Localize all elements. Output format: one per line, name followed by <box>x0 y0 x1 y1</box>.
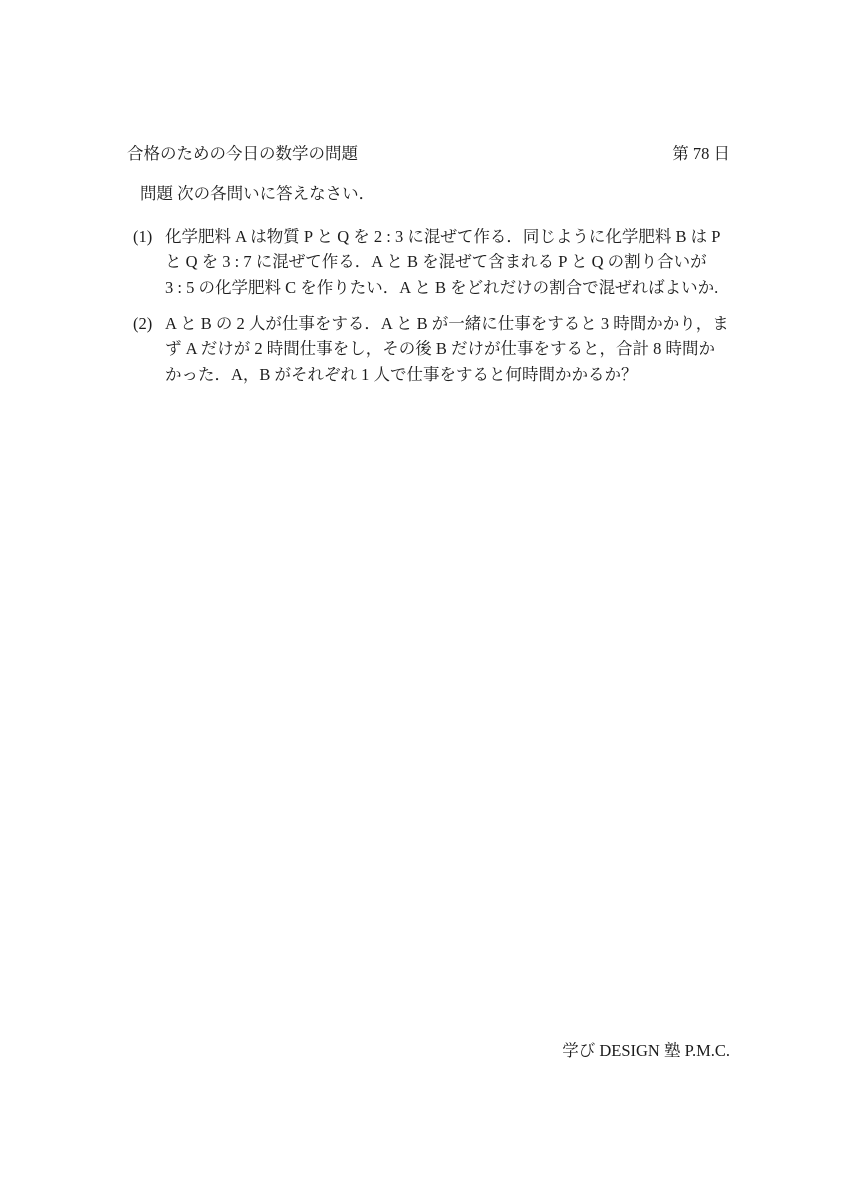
worksheet-page: 合格のための今日の数学の問題 第 78 日 問題 次の各問いに答えなさい． (1… <box>0 0 849 1200</box>
problem-2-text: A と B の 2 人が仕事をする．A と B が一緒に仕事をすると 3 時間か… <box>165 311 735 387</box>
problem-1-label: (1) <box>133 224 161 249</box>
problem-2-line-1: A と B の 2 人が仕事をする．A と B が一緒に仕事をすると 3 時間か… <box>165 311 735 336</box>
page-title: 合格のための今日の数学の問題 <box>127 144 358 164</box>
problem-2-label: (2) <box>133 311 161 336</box>
problem-1-line-3: 3 : 5 の化学肥料 C を作りたい．A と B をどれだけの割合で混ぜればよ… <box>165 275 735 300</box>
problem-1-line-1: 化学肥料 A は物質 P と Q を 2 : 3 に混ぜて作る．同じように化学肥… <box>165 224 735 249</box>
page-header: 合格のための今日の数学の問題 第 78 日 <box>127 144 730 164</box>
problem-2-line-3: かった．A，B がそれぞれ 1 人で仕事をすると何時間かかるか？ <box>165 362 735 387</box>
problem-1-text: 化学肥料 A は物質 P と Q を 2 : 3 に混ぜて作る．同じように化学肥… <box>165 224 735 300</box>
footer-credit: 学び DESIGN 塾 P.M.C. <box>562 1040 730 1062</box>
day-number: 第 78 日 <box>672 144 730 164</box>
problem-intro: 問題 次の各問いに答えなさい． <box>140 181 375 206</box>
problem-1-line-2: と Q を 3 : 7 に混ぜて作る．A と B を混ぜて含まれる P と Q … <box>165 249 735 274</box>
problem-item-2: (2) A と B の 2 人が仕事をする．A と B が一緒に仕事をすると 3… <box>133 311 735 387</box>
problem-2-line-2: ず A だけが 2 時間仕事をし，その後 B だけが仕事をすると，合計 8 時間… <box>165 336 735 361</box>
problem-item-1: (1) 化学肥料 A は物質 P と Q を 2 : 3 に混ぜて作る．同じよう… <box>133 224 735 300</box>
